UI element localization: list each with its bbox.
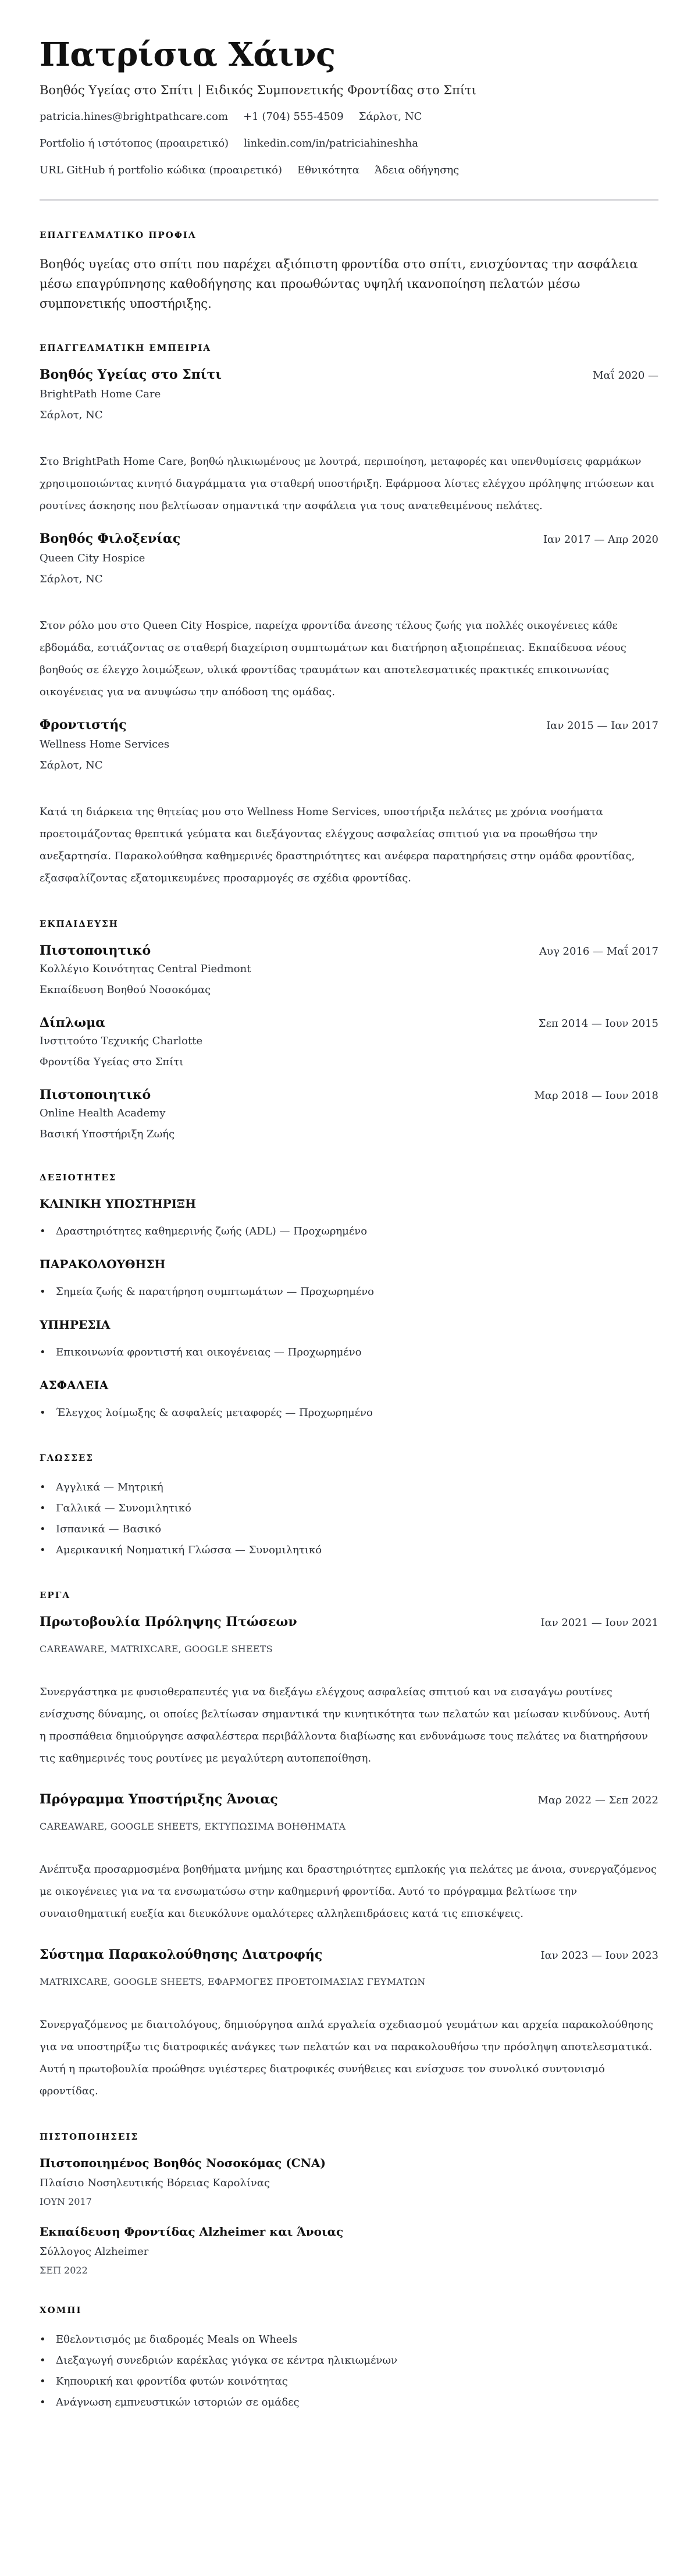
certification-entry: Εκπαίδευση Φροντίδας Alzheimer και Άνοια… — [40, 2225, 658, 2276]
certification-issuer: Πλαίσιο Νοσηλευτικής Βόρειας Καρολίνας — [40, 2177, 658, 2189]
field-of-study: Εκπαίδευση Βοηθού Νοσοκόμας — [40, 981, 658, 999]
certification-name: Πιστοποιημένος Βοηθός Νοσοκόμας (CNA) — [40, 2156, 658, 2170]
job-title: Βοηθός Υγείας στο Σπίτι — [40, 367, 222, 382]
hobby-item: Κηπουρική και φροντίδα φυτών κοινότητας — [40, 2371, 658, 2392]
field-of-study: Βασική Υποστήριξη Ζωής — [40, 1126, 658, 1143]
degree-title: Πιστοποιητικό — [40, 943, 151, 958]
projects-section: ΕΡΓΑ Πρωτοβουλία Πρόληψης Πτώσεων Ιαν 20… — [40, 1590, 658, 2102]
project-tools: CAREAWARE, GOOGLE SHEETS, ΕΚΤΥΠΩΣΙΜΑ ΒΟΗ… — [40, 1821, 658, 1832]
job-title: Βοηθός Φιλοξενίας — [40, 531, 180, 546]
section-title-projects: ΕΡΓΑ — [40, 1590, 658, 1600]
certifications-section: ΠΙΣΤΟΠΟΙΗΣΕΙΣ Πιστοποιημένος Βοηθός Νοσο… — [40, 2132, 658, 2276]
section-title-languages: ΓΛΩΣΣΕΣ — [40, 1453, 658, 1463]
job-location: Σάρλοτ, NC — [40, 571, 658, 588]
job-location: Σάρλοτ, NC — [40, 757, 658, 774]
skill-group: ΑΣΦΑΛΕΙΑ Έλεγχος λοίμωξης & ασφαλείς μετ… — [40, 1378, 658, 1424]
education-entry: Πιστοποιητικό Μαρ 2018 — Ιουν 2018 Onlin… — [40, 1087, 658, 1143]
job-dates: Μαΐ 2020 — — [593, 369, 658, 382]
project-entry: Πρωτοβουλία Πρόληψης Πτώσεων Ιαν 2021 — … — [40, 1614, 658, 1770]
certification-entry: Πιστοποιημένος Βοηθός Νοσοκόμας (CNA) Πλ… — [40, 2156, 658, 2207]
contact-row-1: patricia.hines@brightpathcare.com+1 (704… — [40, 109, 658, 124]
contact-location: Σάρλοτ, NC — [359, 111, 422, 123]
project-name: Πρόγραμμα Υποστήριξης Άνοιας — [40, 1792, 278, 1807]
skill-group: ΥΠΗΡΕΣΙΑ Επικοινωνία φροντιστή και οικογ… — [40, 1318, 658, 1363]
project-dates: Ιαν 2023 — Ιουν 2023 — [540, 1949, 658, 1962]
project-dates: Μαρ 2022 — Σεπ 2022 — [537, 1794, 658, 1806]
education-dates: Μαρ 2018 — Ιουν 2018 — [534, 1090, 658, 1102]
project-description: Συνεργάστηκα με φυσιοθεραπευτές για να δ… — [40, 1681, 658, 1770]
experience-entry: Φροντιστής Ιαν 2015 — Ιαν 2017 Wellness … — [40, 717, 658, 889]
skill-group-title: ΥΠΗΡΕΣΙΑ — [40, 1318, 658, 1332]
project-entry: Σύστημα Παρακολούθησης Διατροφής Ιαν 202… — [40, 1947, 658, 2102]
candidate-headline: Βοηθός Υγείας στο Σπίτι | Ειδικός Συμπον… — [40, 81, 658, 99]
job-dates: Ιαν 2017 — Απρ 2020 — [543, 533, 658, 546]
job-description: Στον ρόλο μου στο Queen City Hospice, πα… — [40, 615, 658, 703]
school-name: Online Health Academy — [40, 1105, 658, 1122]
skill-group: ΚΛΙΝΙΚΗ ΥΠΟΣΤΗΡΙΞΗ Δραστηριότητες καθημε… — [40, 1197, 658, 1242]
section-title-profile: ΕΠΑΓΓΕΛΜΑΤΙΚΟ ΠΡΟΦΙΛ — [40, 230, 658, 240]
job-company: BrightPath Home Care — [40, 386, 658, 403]
education-dates: Αυγ 2016 — Μαΐ 2017 — [539, 945, 658, 958]
skill-group-title: ΠΑΡΑΚΟΛΟΥΘΗΣΗ — [40, 1257, 658, 1271]
degree-title: Πιστοποιητικό — [40, 1087, 151, 1102]
resume-page: Πατρίσια Χάινς Βοηθός Υγείας στο Σπίτι |… — [0, 0, 698, 2436]
contact-driving-license: Άδεια οδήγησης — [375, 164, 459, 176]
language-item: Αγγλικά — Μητρική — [40, 1477, 658, 1498]
skill-group-title: ΚΛΙΝΙΚΗ ΥΠΟΣΤΗΡΙΞΗ — [40, 1197, 658, 1211]
header-divider — [40, 199, 658, 201]
project-name: Σύστημα Παρακολούθησης Διατροφής — [40, 1947, 322, 1962]
project-description: Ανέπτυξα προσαρμοσμένα βοηθήματα μνήμης … — [40, 1859, 658, 1925]
project-dates: Ιαν 2021 — Ιουν 2021 — [540, 1617, 658, 1629]
language-item: Αμερικανική Νοηματική Γλώσσα — Συνομιλητ… — [40, 1540, 658, 1561]
job-description: Κατά τη διάρκεια της θητείας μου στο Wel… — [40, 801, 658, 889]
project-tools: MATRIXCARE, GOOGLE SHEETS, ΕΦΑΡΜΟΓΕΣ ΠΡΟ… — [40, 1976, 658, 1987]
skill-group-title: ΑΣΦΑΛΕΙΑ — [40, 1378, 658, 1392]
project-tools: CAREAWARE, MATRIXCARE, GOOGLE SHEETS — [40, 1643, 658, 1655]
school-name: Κολλέγιο Κοινότητας Central Piedmont — [40, 960, 658, 978]
profile-summary: Βοηθός υγείας στο σπίτι που παρέχει αξιό… — [40, 254, 658, 314]
certification-date: ΙΟΥΝ 2017 — [40, 2196, 658, 2207]
hobby-item: Διεξαγωγή συνεδριών καρέκλας γιόγκα σε κ… — [40, 2350, 658, 2371]
skill-item: Επικοινωνία φροντιστή και οικογένειας — … — [40, 1342, 658, 1363]
section-title-experience: ΕΠΑΓΓΕΛΜΑΤΙΚΗ ΕΜΠΕΙΡΙΑ — [40, 343, 658, 353]
language-item: Ισπανικά — Βασικό — [40, 1519, 658, 1540]
contact-nationality: Εθνικότητα — [297, 164, 359, 176]
job-dates: Ιαν 2015 — Ιαν 2017 — [546, 720, 658, 732]
skill-group: ΠΑΡΑΚΟΛΟΥΘΗΣΗ Σημεία ζωής & παρατήρηση σ… — [40, 1257, 658, 1303]
section-title-skills: ΔΕΞΙΟΤΗΤΕΣ — [40, 1172, 658, 1183]
contact-email[interactable]: patricia.hines@brightpathcare.com — [40, 111, 228, 123]
contact-phone[interactable]: +1 (704) 555-4509 — [243, 111, 344, 123]
skill-item: Δραστηριότητες καθημερινής ζωής (ADL) — … — [40, 1221, 658, 1242]
job-description: Στο BrightPath Home Care, βοηθώ ηλικιωμέ… — [40, 451, 658, 517]
hobby-item: Εθελοντισμός με διαδρομές Meals on Wheel… — [40, 2329, 658, 2350]
languages-section: ΓΛΩΣΣΕΣ Αγγλικά — Μητρική Γαλλικά — Συνο… — [40, 1453, 658, 1561]
hobby-item: Ανάγνωση εμπνευστικών ιστοριών σε ομάδες — [40, 2392, 658, 2413]
experience-section: ΕΠΑΓΓΕΛΜΑΤΙΚΗ ΕΜΠΕΙΡΙΑ Βοηθός Υγείας στο… — [40, 343, 658, 889]
profile-section: ΕΠΑΓΓΕΛΜΑΤΙΚΟ ΠΡΟΦΙΛ Βοηθός υγείας στο σ… — [40, 230, 658, 314]
education-entry: Δίπλωμα Σεπ 2014 — Ιουν 2015 Ινστιτούτο … — [40, 1015, 658, 1071]
education-dates: Σεπ 2014 — Ιουν 2015 — [539, 1017, 658, 1030]
resume-header: Πατρίσια Χάινς Βοηθός Υγείας στο Σπίτι |… — [40, 34, 658, 178]
school-name: Ινστιτούτο Τεχνικής Charlotte — [40, 1033, 658, 1050]
section-title-hobbies: ΧΟΜΠΙ — [40, 2305, 658, 2315]
language-item: Γαλλικά — Συνομιλητικό — [40, 1498, 658, 1519]
section-title-certifications: ΠΙΣΤΟΠΟΙΗΣΕΙΣ — [40, 2132, 658, 2142]
contact-portfolio[interactable]: Portfolio ή ιστότοπος (προαιρετικό) — [40, 137, 229, 150]
certification-name: Εκπαίδευση Φροντίδας Alzheimer και Άνοια… — [40, 2225, 658, 2239]
job-title: Φροντιστής — [40, 717, 127, 732]
experience-entry: Βοηθός Φιλοξενίας Ιαν 2017 — Απρ 2020 Qu… — [40, 531, 658, 703]
certification-date: ΣΕΠ 2022 — [40, 2265, 658, 2276]
contact-row-3: URL GitHub ή portfolio κώδικα (προαιρετι… — [40, 163, 658, 178]
experience-entry: Βοηθός Υγείας στο Σπίτι Μαΐ 2020 — Brigh… — [40, 367, 658, 517]
job-company: Queen City Hospice — [40, 550, 658, 567]
education-section: ΕΚΠΑΙΔΕΥΣΗ Πιστοποιητικό Αυγ 2016 — Μαΐ … — [40, 919, 658, 1143]
job-company: Wellness Home Services — [40, 736, 658, 753]
skill-item: Σημεία ζωής & παρατήρηση συμπτωμάτων — Π… — [40, 1282, 658, 1303]
contact-github[interactable]: URL GitHub ή portfolio κώδικα (προαιρετι… — [40, 164, 282, 176]
project-description: Συνεργαζόμενος με διαιτολόγους, δημιούργ… — [40, 2014, 658, 2102]
hobbies-section: ΧΟΜΠΙ Εθελοντισμός με διαδρομές Meals on… — [40, 2305, 658, 2413]
degree-title: Δίπλωμα — [40, 1015, 105, 1030]
certification-issuer: Σύλλογος Alzheimer — [40, 2246, 658, 2258]
project-entry: Πρόγραμμα Υποστήριξης Άνοιας Μαρ 2022 — … — [40, 1792, 658, 1925]
field-of-study: Φροντίδα Υγείας στο Σπίτι — [40, 1054, 658, 1071]
project-name: Πρωτοβουλία Πρόληψης Πτώσεων — [40, 1614, 297, 1629]
skill-item: Έλεγχος λοίμωξης & ασφαλείς μεταφορές — … — [40, 1403, 658, 1424]
candidate-name: Πατρίσια Χάινς — [40, 34, 658, 76]
contact-linkedin[interactable]: linkedin.com/in/patriciahineshha — [244, 137, 418, 150]
skills-section: ΔΕΞΙΟΤΗΤΕΣ ΚΛΙΝΙΚΗ ΥΠΟΣΤΗΡΙΞΗ Δραστηριότ… — [40, 1172, 658, 1424]
contact-row-2: Portfolio ή ιστότοπος (προαιρετικό)linke… — [40, 136, 658, 151]
education-entry: Πιστοποιητικό Αυγ 2016 — Μαΐ 2017 Κολλέγ… — [40, 943, 658, 999]
section-title-education: ΕΚΠΑΙΔΕΥΣΗ — [40, 919, 658, 929]
job-location: Σάρλοτ, NC — [40, 407, 658, 424]
